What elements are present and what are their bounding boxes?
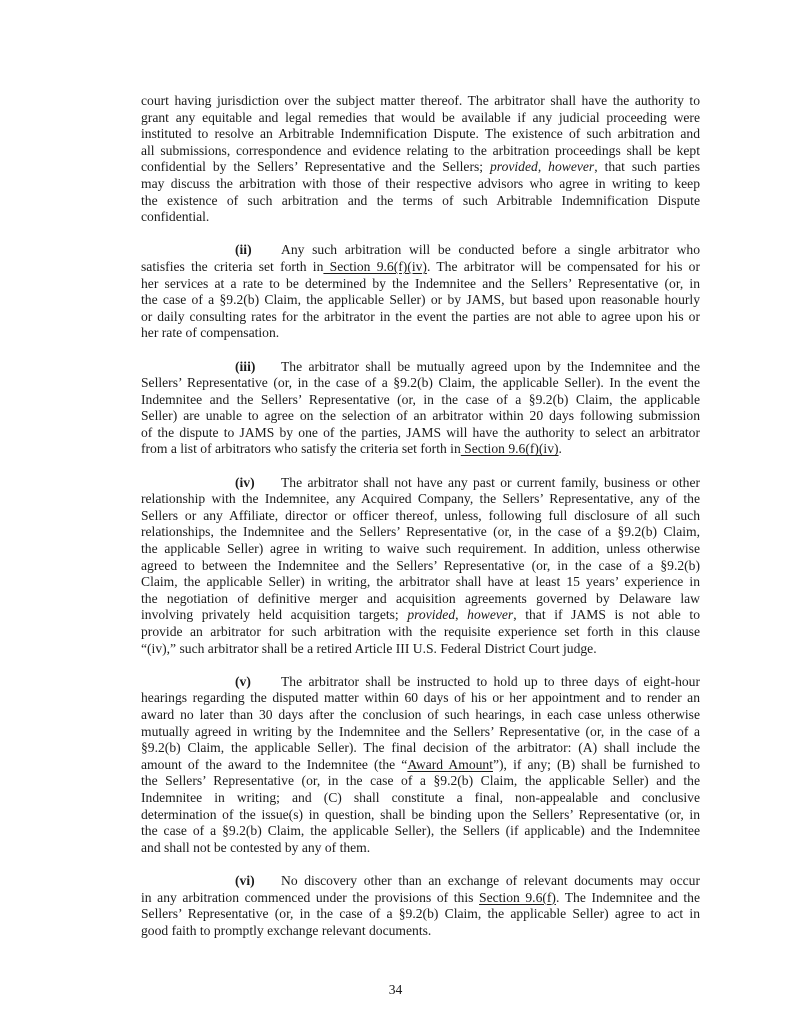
italic-term: however [467,607,513,622]
text-line: (iii)The arbitrator shall be mutually ag… [141,359,700,376]
text-line: court having jurisdiction over the subje… [141,93,700,110]
text-line: (v)The arbitrator shall be instructed to… [141,674,700,691]
section-reference-link[interactable]: Section 9.6(f) [479,890,556,905]
text-line: the Sellers’ Representative (or, in the … [141,773,700,790]
text-line: involving privately held acquisition tar… [141,607,700,624]
text-line: (iv)The arbitrator shall not have any pa… [141,475,700,492]
text-line: satisfies the criteria set forth in Sect… [141,259,700,276]
text-line: confidential by the Sellers’ Representat… [141,159,700,176]
document-page: court having jurisdiction over the subje… [0,0,791,1024]
text-line: (vi)No discovery other than an exchange … [141,873,700,890]
section-reference-link[interactable]: Section 9.6(f)(iv) [461,441,559,456]
text-line: the existence of such arbitration and th… [141,193,700,210]
italic-term: however [548,159,594,174]
clause-iv: (iv)The arbitrator shall not have any pa… [141,475,700,658]
text-line: the case of a §9.2(b) Claim, the applica… [141,292,700,309]
clause-number: (iv) [235,475,281,492]
italic-term: provided [490,159,538,174]
text-line: amount of the award to the Indemnitee (t… [141,757,700,774]
text-line: Indemnitee in writing; and (C) shall con… [141,790,700,807]
text-line: provide an arbitrator for such arbitrati… [141,624,700,641]
defined-term: Award Amount [407,757,493,772]
text-line: confidential. [141,209,700,226]
text-line: award no later than 30 days after the co… [141,707,700,724]
text-line: mutually agreed in writing by the Indemn… [141,724,700,741]
text-line: Sellers’ Representative (or, in the case… [141,906,700,923]
text-line: of the dispute to JAMS by one of the par… [141,425,700,442]
clause-number: (ii) [235,242,281,259]
text-line: (ii)Any such arbitration will be conduct… [141,242,700,259]
text-line: or daily consulting rates for the arbitr… [141,309,700,326]
text-line: “(iv),” such arbitrator shall be a retir… [141,641,700,658]
clause-v: (v)The arbitrator shall be instructed to… [141,674,700,857]
section-reference-link[interactable]: Section 9.6(f)(iv) [323,259,427,274]
clause-ii: (ii)Any such arbitration will be conduct… [141,242,700,342]
text-line: Seller) are unable to agree on the selec… [141,408,700,425]
page-number: 34 [0,982,791,998]
italic-term: provided [407,607,455,622]
text-line: from a list of arbitrators who satisfy t… [141,441,700,458]
clause-number: (vi) [235,873,281,890]
page-body: court having jurisdiction over the subje… [141,93,700,956]
clause-number: (iii) [235,359,281,376]
text-line: hearings regarding the disputed matter w… [141,690,700,707]
text-line: §9.2(b) Claim, the applicable Seller). T… [141,740,700,757]
text-line: good faith to promptly exchange relevant… [141,923,700,940]
text-line: relationship with the Indemnitee, any Ac… [141,491,700,508]
paragraph-continuation: court having jurisdiction over the subje… [141,93,700,226]
text-line: her services at a rate to be determined … [141,276,700,293]
text-line: all submissions, correspondence and evid… [141,143,700,160]
text-line: the case of a §9.2(b) Claim, the applica… [141,823,700,840]
text-line: relationships, the Indemnitee and the Se… [141,524,700,541]
text-line: grant any equitable and legal remedies t… [141,110,700,127]
text-line: in any arbitration commenced under the p… [141,890,700,907]
text-line: her rate of compensation. [141,325,700,342]
text-line: Claim, the applicable Seller) in writing… [141,574,700,591]
text-line: instituted to resolve an Arbitrable Inde… [141,126,700,143]
text-line: the negotiation of definitive merger and… [141,591,700,608]
text-line: may discuss the arbitration with those o… [141,176,700,193]
text-line: the applicable Seller) agree in writing … [141,541,700,558]
text-line: Sellers’ Representative (or, in the case… [141,375,700,392]
clause-vi: (vi)No discovery other than an exchange … [141,873,700,939]
text-line: Sellers or any Affiliate, director or of… [141,508,700,525]
clause-number: (v) [235,674,281,691]
text-line: Indemnitee and the Sellers’ Representati… [141,392,700,409]
text-line: agreed to between the Indemnitee and the… [141,558,700,575]
clause-iii: (iii)The arbitrator shall be mutually ag… [141,359,700,459]
text-line: determination of the issue(s) in questio… [141,807,700,824]
text-line: and shall not be contested by any of the… [141,840,700,857]
